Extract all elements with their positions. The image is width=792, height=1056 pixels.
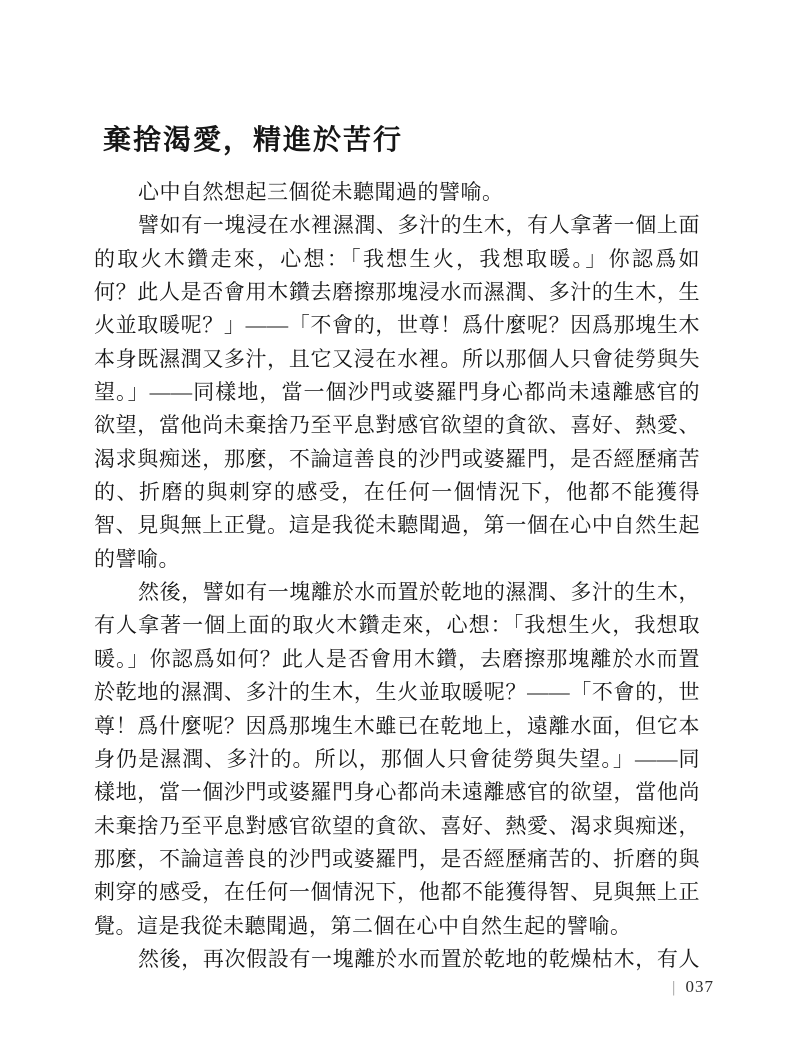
book-page: 棄捨渴愛，精進於苦行 心中自然想起三個從未聽聞過的譬喻。 譬如有一塊浸在水裡濕潤… — [0, 0, 792, 1056]
text-line: 渴求與痴迷，那麼，不論這善良的沙門或婆羅門，是否經歷痛苦 — [94, 443, 700, 476]
page-body: 心中自然想起三個從未聽聞過的譬喻。 譬如有一塊浸在水裡濕潤、多汁的生木，有人拿著… — [94, 176, 700, 976]
text-line: 的、折磨的與刺穿的感受，在任何一個情況下，他都不能獲得 — [94, 476, 700, 509]
text-line: 心中自然想起三個從未聽聞過的譬喻。 — [94, 176, 700, 209]
text-line: 暖。」你認爲如何？此人是否會用木鑽，去磨擦那塊離於水而置 — [94, 643, 700, 676]
text-line: 未棄捨乃至平息對感官欲望的貪欲、喜好、熱愛、渴求與痴迷， — [94, 810, 700, 843]
text-line: 譬如有一塊浸在水裡濕潤、多汁的生木，有人拿著一個上面 — [94, 209, 700, 242]
text-line: 然後，再次假設有一塊離於水而置於乾地的乾燥枯木，有人 — [94, 943, 700, 976]
page-number: 037 — [686, 977, 715, 997]
text-line: 身仍是濕潤、多汁的。所以，那個人只會徒勞與失望。」——同 — [94, 743, 700, 776]
text-line: 刺穿的感受，在任何一個情況下，他都不能獲得智、見與無上正 — [94, 876, 700, 909]
text-line: 樣地，當一個沙門或婆羅門身心都尚未遠離感官的欲望，當他尚 — [94, 776, 700, 809]
text-line: 那麼，不論這善良的沙門或婆羅門，是否經歷痛苦的、折磨的與 — [94, 843, 700, 876]
text-line: 望。」——同樣地，當一個沙門或婆羅門身心都尚未遠離感官的 — [94, 376, 700, 409]
text-line: 的譬喻。 — [94, 543, 700, 576]
text-line: 覺。這是我從未聽聞過，第二個在心中自然生起的譬喻。 — [94, 910, 700, 943]
text-line: 何？此人是否會用木鑽去磨擦那塊浸水而濕潤、多汁的生木，生 — [94, 276, 700, 309]
text-line: 智、見與無上正覺。這是我從未聽聞過，第一個在心中自然生起 — [94, 509, 700, 542]
text-line: 於乾地的濕潤、多汁的生木，生火並取暖呢？——「不會的，世 — [94, 676, 700, 709]
page-footer: | 037 — [672, 977, 714, 997]
text-line: 本身既濕潤又多汁，且它又浸在水裡。所以那個人只會徒勞與失 — [94, 343, 700, 376]
text-line: 然後，譬如有一塊離於水而置於乾地的濕潤、多汁的生木， — [94, 576, 700, 609]
text-line: 火並取暖呢？」——「不會的，世尊！爲什麼呢？因爲那塊生木 — [94, 309, 700, 342]
page-number-separator: | — [673, 979, 676, 997]
text-line: 欲望，當他尚未棄捨乃至平息對感官欲望的貪欲、喜好、熱愛、 — [94, 409, 700, 442]
text-line: 的取火木鑽走來，心想：「我想生火，我想取暖。」你認爲如 — [94, 243, 700, 276]
chapter-title: 棄捨渴愛，精進於苦行 — [103, 118, 403, 158]
text-line: 有人拿著一個上面的取火木鑽走來，心想：「我想生火，我想取 — [94, 609, 700, 642]
text-line: 尊！爲什麼呢？因爲那塊生木雖已在乾地上，遠離水面，但它本 — [94, 710, 700, 743]
